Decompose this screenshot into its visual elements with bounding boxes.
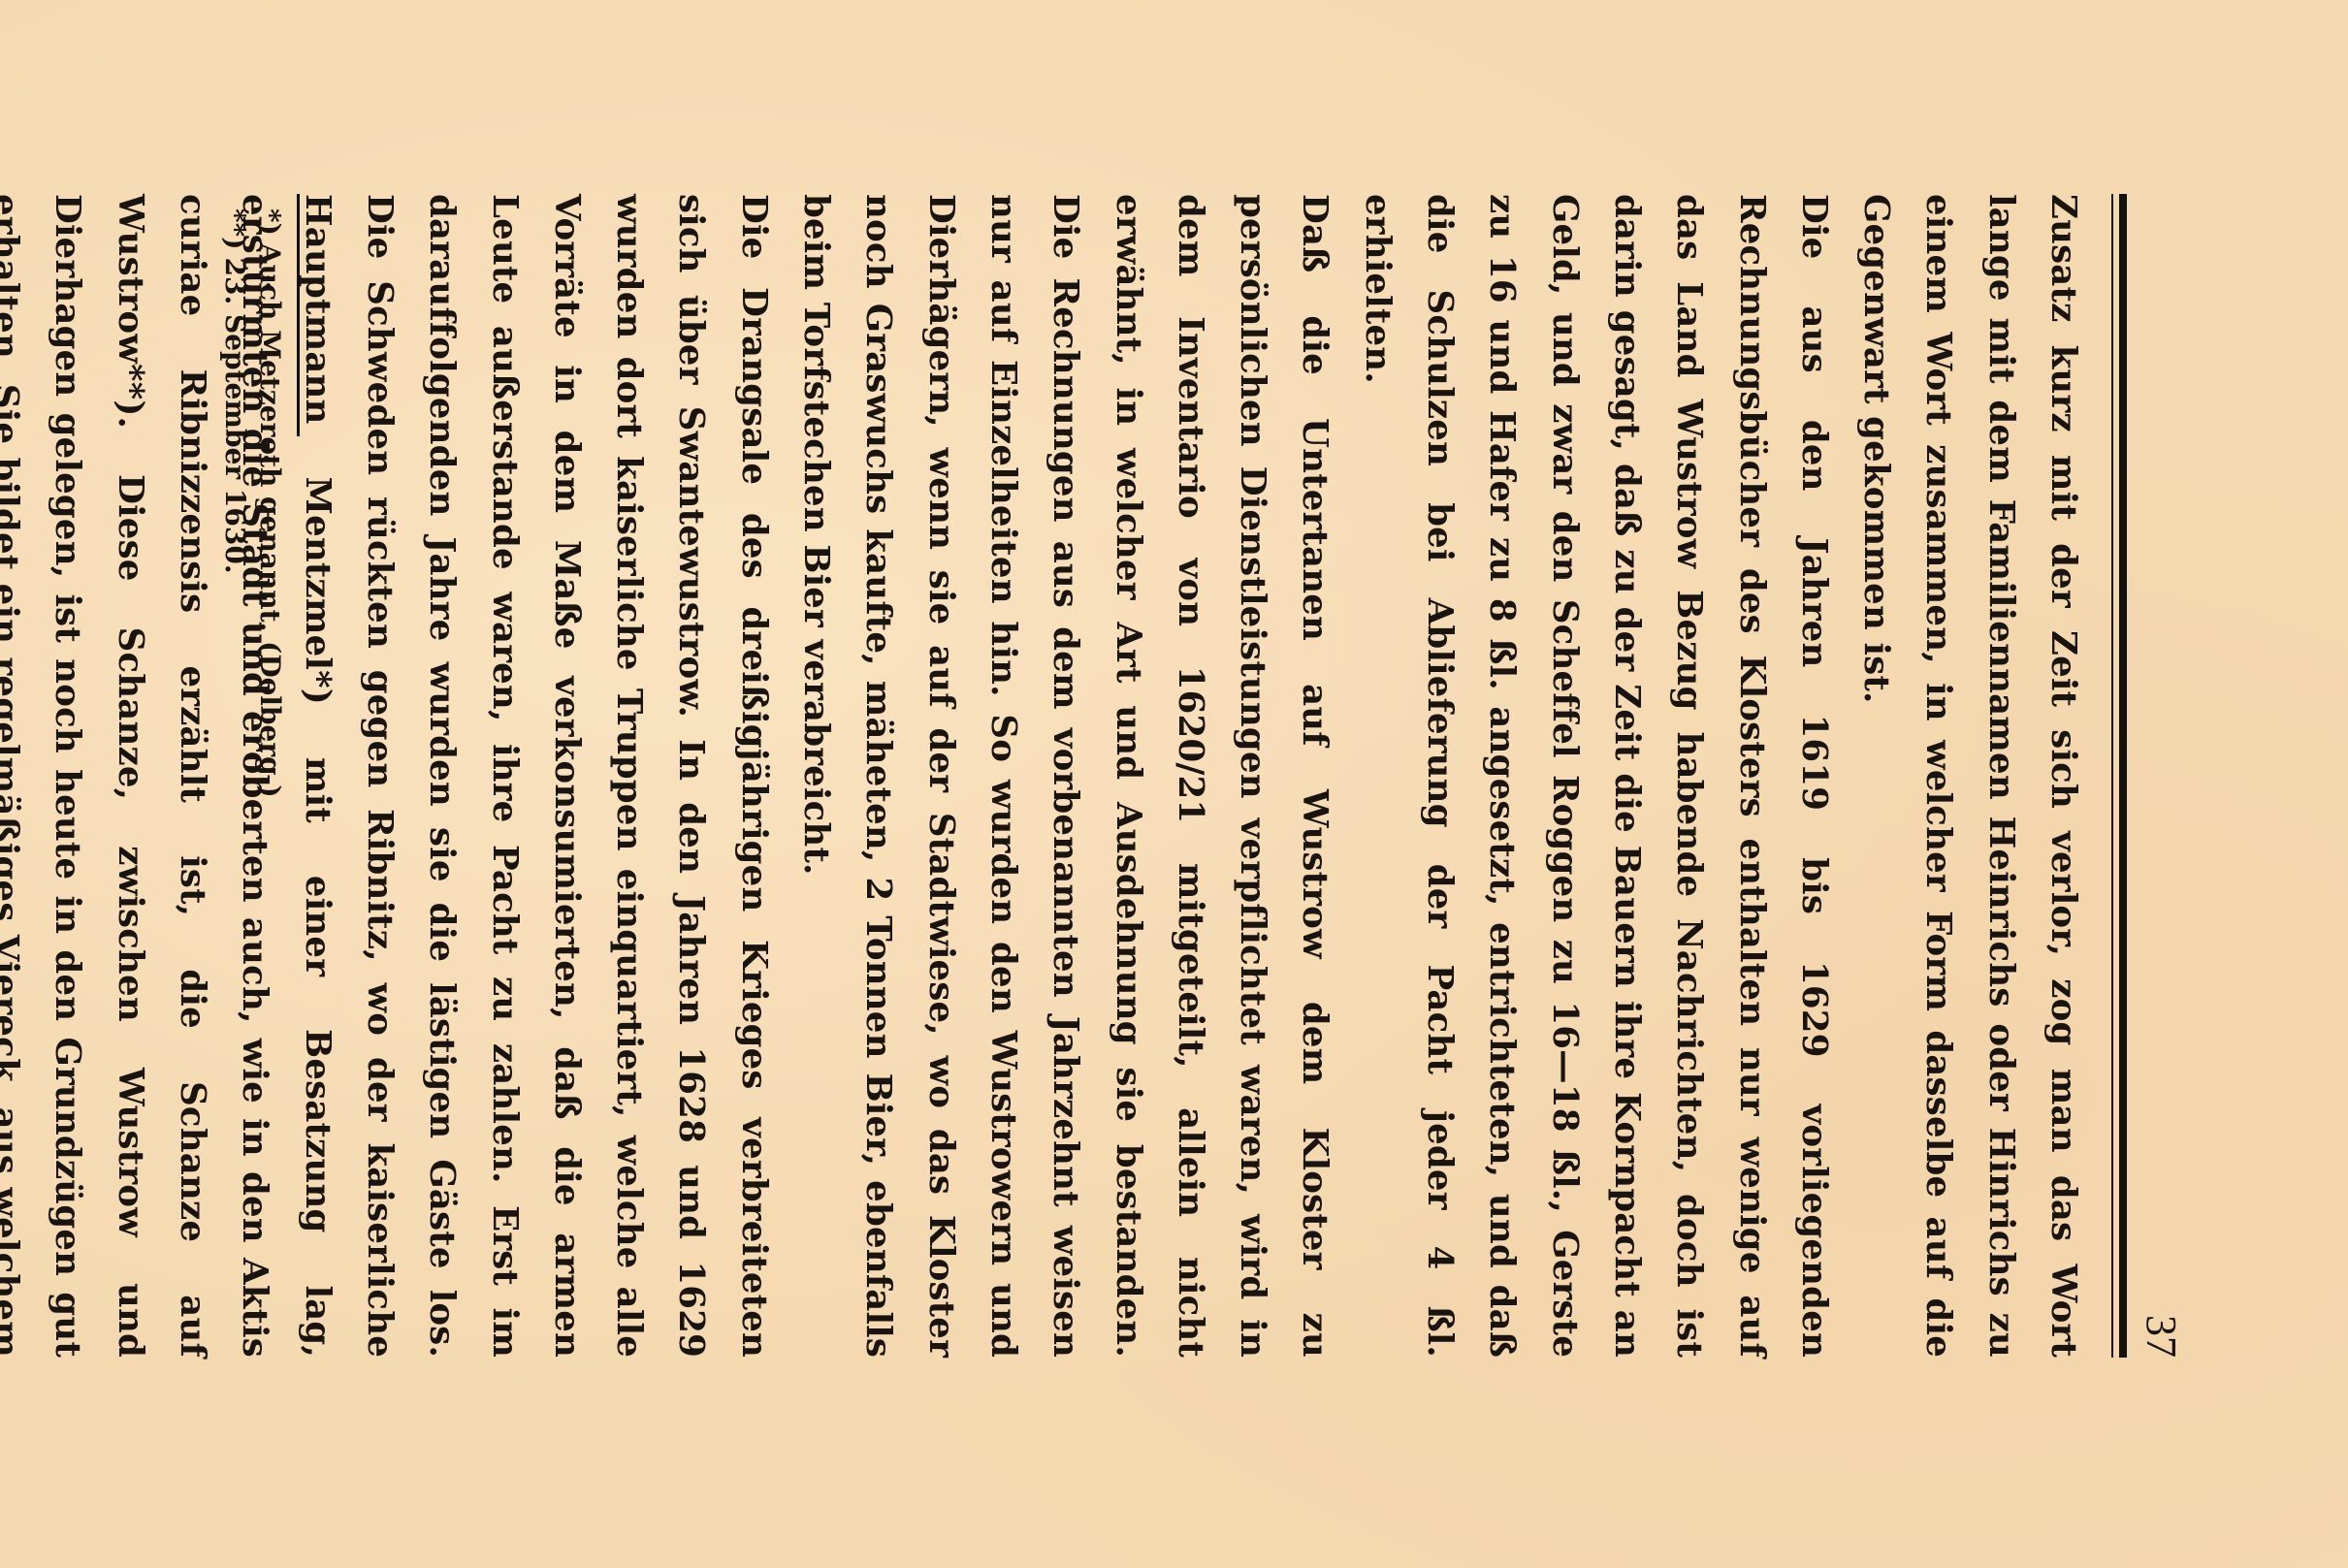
footnotes: *)Auch Metzeroth genannt. (Dolberg.) **)… [217, 208, 287, 1275]
page-number: 37 [2137, 1315, 2185, 1358]
footnote-text: 23. September 1630. [219, 258, 251, 574]
footnote-marker: **) [219, 208, 251, 250]
paragraph-drangsale: Die Drangsale des dreißigjährigen Kriege… [0, 194, 785, 1358]
paragraph-untertanen: Daß die Untertanen auf Wustrow dem Klost… [785, 194, 1346, 1358]
footnote-text: Auch Metzeroth genannt. (Dolberg.) [254, 243, 286, 798]
book-page: 37 Zusatz kurz mit der Zeit sich verlor,… [0, 0, 2348, 1568]
footnote-marker: *) [254, 208, 286, 236]
footnote-1: *)Auch Metzeroth genannt. (Dolberg.) [252, 208, 287, 1275]
paragraph-zusatz: Zusatz kurz mit der Zeit sich verlor, zo… [1845, 194, 2094, 1358]
paragraph-rechnungsbuecher: Die aus den Jahren 1619 bis 1629 vorlieg… [1345, 194, 1844, 1358]
page-header: 37 [2137, 194, 2185, 1358]
header-double-rule [2111, 194, 2127, 1358]
body-text: Zusatz kurz mit der Zeit sich verlor, zo… [0, 194, 2094, 1358]
footnote-2: **)23. September 1630. [217, 208, 252, 1275]
footnote-divider [297, 194, 300, 436]
